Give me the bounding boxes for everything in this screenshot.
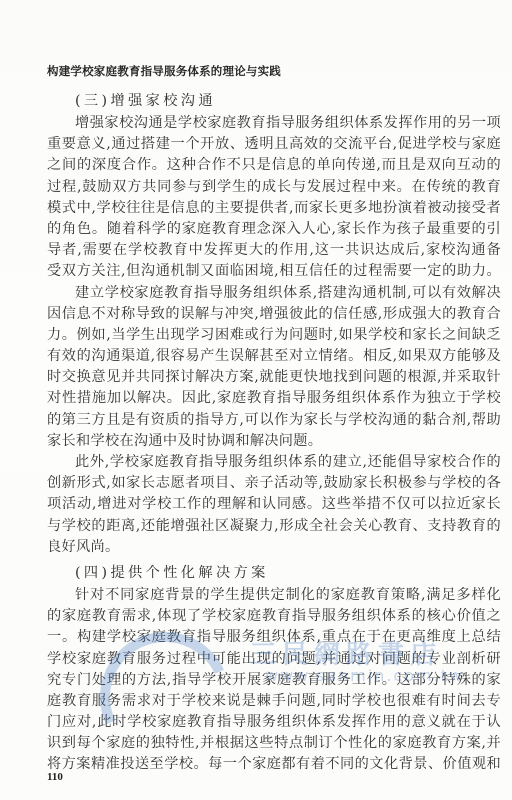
text-line: 的家庭教育需求,体现了学校家庭教育指导服务组织体系的核心价值之 (47, 606, 501, 627)
text-line: 导者,需要在学校教育中发挥更大的作用,这一共识达成后,家校沟通备 (47, 240, 501, 261)
text-line: 时交换意见并共同探讨解决方案,就能更快地找到问题的根源,并采取针 (47, 367, 501, 388)
text-line: 一。构建学校家庭教育指导服务组织体系,重点在于在更高维度上总结 (47, 627, 501, 648)
text-line: 的角色。随着科学的家庭教育理念深入人心,家长作为孩子最重要的引 (47, 219, 501, 240)
section-heading-4: (四)提供个性化解决方案 (47, 561, 501, 585)
text-line: 庭教育服务需求对于学校来说是棘手问题,同时学校也很难有时间去专 (47, 691, 501, 712)
running-head: 构建学校家庭教育指导服务体系的理论与实践 (47, 63, 281, 79)
text-line: 建立学校家庭教育指导服务组织体系,搭建沟通机制,可以有效解决 (47, 283, 501, 304)
text-line: 门应对,此时学校家庭教育指导服务组织体系发挥作用的意义就在于认 (47, 712, 501, 733)
paragraph: 此外,学校家庭教育指导服务组织体系的建立,还能倡导家校合作的 创新形式,如家长志… (47, 452, 501, 558)
text-line: 与学校的距离,还能增强社区凝聚力,形成全社会关心教育、支持教育的 (47, 516, 501, 537)
paragraph: 增强家校沟通是学校家庭教育指导服务组织体系发挥作用的另一项 重要意义,通过搭建一… (47, 113, 501, 283)
text-line: 模式中,学校往往是信息的主要提供者,而家长更多地扮演着被动接受者 (47, 198, 501, 219)
book-page: 构建学校家庭教育指导服务体系的理论与实践 (三)增强家校沟通 增强家校沟通是学校… (0, 0, 512, 800)
text-line: 家长和学校在沟通中及时协调和解决问题。 (47, 431, 501, 452)
text-line: 此外,学校家庭教育指导服务组织体系的建立,还能倡导家校合作的 (47, 452, 501, 473)
text-line: 过程,鼓励双方共同参与到学生的成长与发展过程中来。在传统的教育 (47, 177, 501, 198)
text-line: 学校家庭教育服务过程中可能出现的问题,并通过对问题的专业剖析研 (47, 649, 501, 670)
text-line: 的第三方且是有资质的指导方,可以作为家长与学校沟通的黏合剂,帮助 (47, 410, 501, 431)
section-heading-3: (三)增强家校沟通 (47, 89, 501, 113)
text-line: 项活动,增进对学校工作的理解和认同感。这些举措不仅可以拉近家长 (47, 494, 501, 515)
text-line: 因信息不对称导致的误解与冲突,增强彼此的信任感,形成强大的教育合 (47, 304, 501, 325)
text-line: 受双方关注,但沟通机制又面临困境,相互信任的过程需要一定的助力。 (47, 261, 501, 282)
text-line: 力。例如,当学生出现学习困难或行为问题时,如果学校和家长之间缺乏 (47, 325, 501, 346)
text-line: 创新形式,如家长志愿者项目、亲子活动等,鼓励家长积极参与学校的各 (47, 473, 501, 494)
text-line: 针对不同家庭背景的学生提供定制化的家庭教育策略,满足多样化 (47, 585, 501, 606)
page-number: 110 (47, 771, 63, 783)
page-body: (三)增强家校沟通 增强家校沟通是学校家庭教育指导服务组织体系发挥作用的另一项 … (47, 89, 501, 776)
text-line: 之间的深度合作。这种合作不只是信息的单向传递,而且是双向互动的 (47, 155, 501, 176)
text-line: 重要意义,通过搭建一个开放、透明且高效的交流平台,促进学校与家庭 (47, 134, 501, 155)
text-line: 究专门处理的方法,指导学校开展家庭教育服务工作。这部分特殊的家 (47, 670, 501, 691)
text-line: 有效的沟通渠道,很容易产生误解甚至对立情绪。相反,如果双方能够及 (47, 346, 501, 367)
text-line: 增强家校沟通是学校家庭教育指导服务组织体系发挥作用的另一项 (47, 113, 501, 134)
paragraph: 针对不同家庭背景的学生提供定制化的家庭教育策略,满足多样化 的家庭教育需求,体现… (47, 585, 501, 776)
text-line: 良好风尚。 (47, 537, 501, 558)
text-line: 对性措施加以解决。因此,家庭教育指导服务组织体系作为独立于学校 (47, 388, 501, 409)
text-line: 将方案精准投送至学校。每一个家庭都有着不同的文化背景、价值观和 (47, 754, 501, 775)
paragraph: 建立学校家庭教育指导服务组织体系,搭建沟通机制,可以有效解决 因信息不对称导致的… (47, 283, 501, 453)
text-line: 识到每个家庭的独特性,并根据这些特点制订个性化的家庭教育方案,并 (47, 733, 501, 754)
